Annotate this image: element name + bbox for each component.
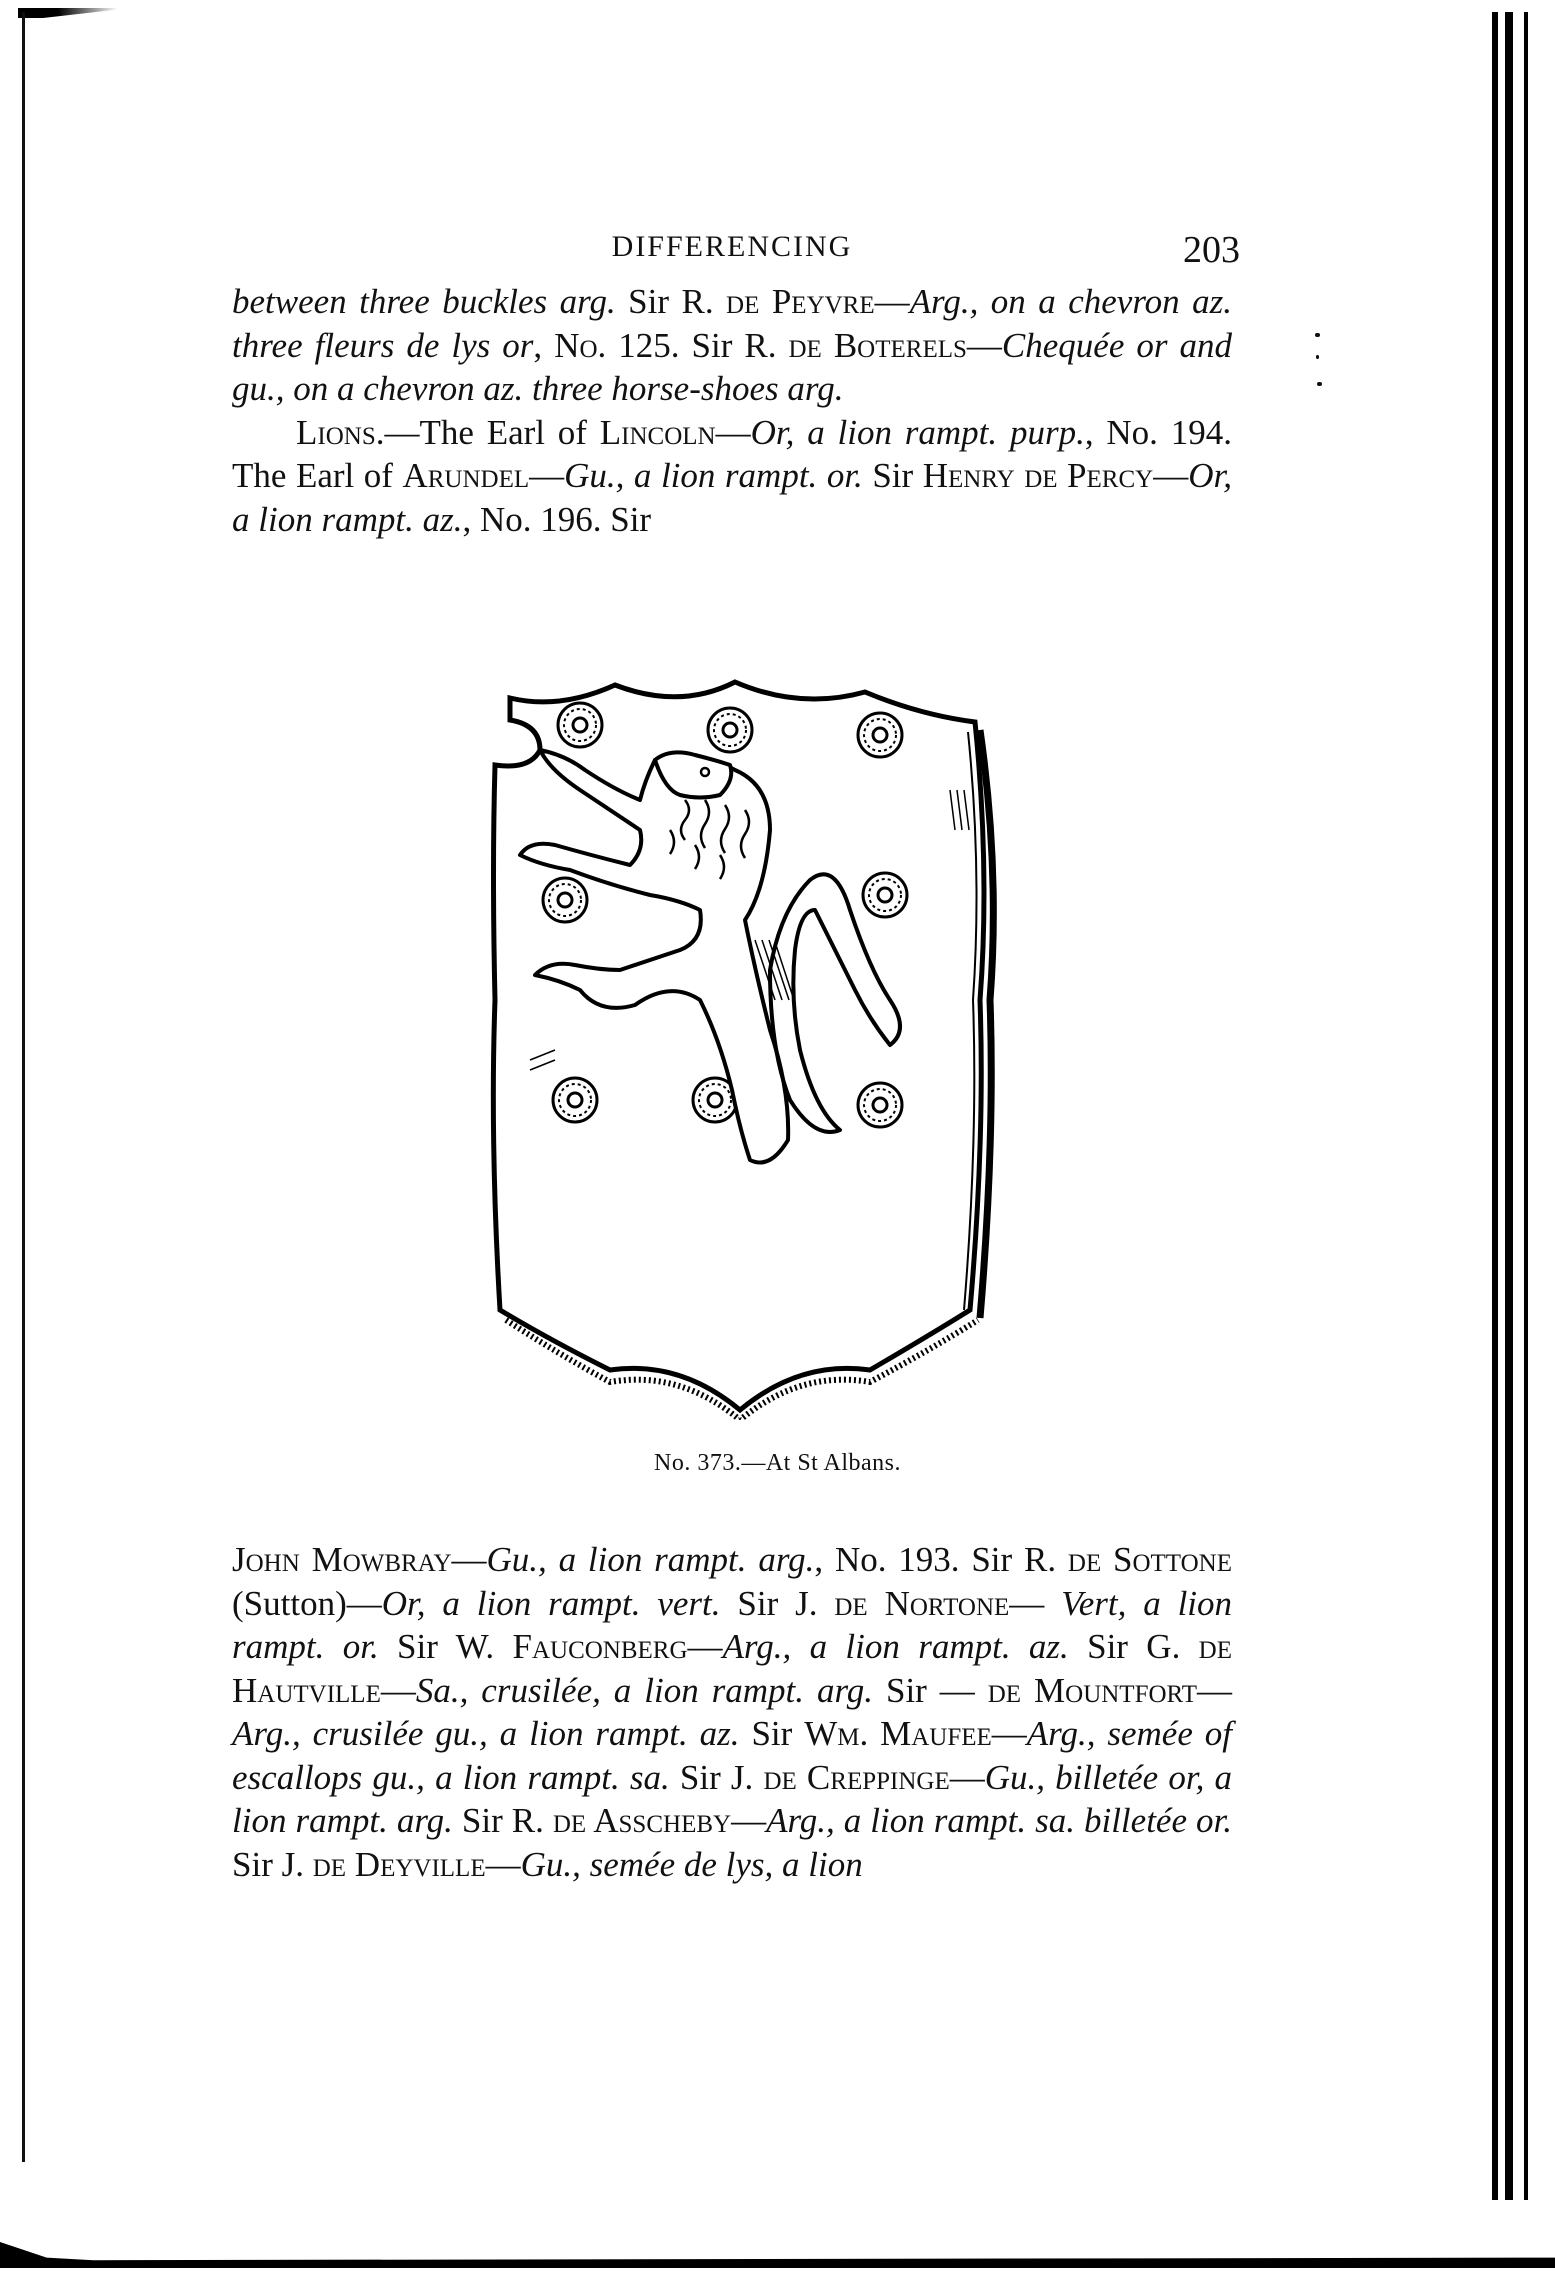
paragraph-continued-top: between three buckles arg. Sir R. de Pey… xyxy=(232,280,1232,411)
blazon-text: Or, a lion rampt. purp. xyxy=(751,413,1085,452)
figure-reference: No. 125 xyxy=(554,326,671,365)
scan-speck xyxy=(1317,382,1322,386)
text-upper: between three buckles arg. Sir R. de Pey… xyxy=(232,280,1232,541)
blazon-text: Gu., a lion rampt. arg. xyxy=(487,1540,815,1579)
scan-edge-top xyxy=(18,8,118,18)
text-run: — xyxy=(1153,456,1188,495)
text-run: — xyxy=(529,456,564,495)
text-run: , No. 193. Sir R. xyxy=(814,1540,1067,1579)
blazon-text: Arg., a lion rampt. sa. billetée or. xyxy=(766,1801,1232,1840)
book-spine-line xyxy=(1492,12,1498,2200)
text-run: Sir xyxy=(740,1714,805,1753)
knight-name: de Deyville xyxy=(313,1845,486,1884)
knight-name: de Sottone xyxy=(1068,1540,1232,1579)
text-run: — xyxy=(950,1758,985,1797)
knight-name: John Mowbray xyxy=(232,1540,452,1579)
text-run: — xyxy=(875,282,910,321)
text-run: Sir — xyxy=(873,1671,988,1710)
text-run: . Sir R. xyxy=(671,326,789,365)
book-spine-line xyxy=(1505,12,1513,2200)
paragraph-lions-continued: John Mowbray—Gu., a lion rampt. arg., No… xyxy=(232,1538,1232,1886)
text-run: Sir W. xyxy=(379,1627,513,1666)
text-run: — xyxy=(486,1845,521,1884)
scan-edge-bottom xyxy=(0,2242,1555,2268)
blazon-text: Or, a lion rampt. vert. xyxy=(382,1584,721,1623)
text-run: — xyxy=(731,1801,766,1840)
knight-name: de Nortone xyxy=(834,1584,1009,1623)
text-run: — xyxy=(688,1627,723,1666)
knight-name: Arundel xyxy=(402,456,529,495)
text-run: Sir xyxy=(863,456,923,495)
text-run: , No. 196. Sir xyxy=(462,500,651,539)
text-run: Sir J. xyxy=(721,1584,835,1623)
text-run: Sir G. xyxy=(1069,1627,1199,1666)
blazon-text: Arg., a lion rampt. az. xyxy=(723,1627,1069,1666)
knight-name: de Creppinge xyxy=(763,1758,949,1797)
text-run: — xyxy=(1009,1584,1061,1623)
text-run: — xyxy=(716,413,751,452)
knight-name: de Peyvre xyxy=(726,282,875,321)
blazon-text: Sa., crusilée, a lion rampt. arg. xyxy=(416,1671,873,1710)
blazon-text: between three buckles arg. xyxy=(232,282,616,321)
knight-name: Henry de Percy xyxy=(923,456,1153,495)
text-lower: John Mowbray—Gu., a lion rampt. arg., No… xyxy=(232,1538,1232,1886)
knight-name: de Asscheby xyxy=(553,1801,731,1840)
paragraph-lions: Lions.—The Earl of Lincoln—Or, a lion ra… xyxy=(232,411,1232,542)
knight-name: de Mountfort xyxy=(988,1671,1197,1710)
figure-caption: No. 373.—At St Albans. xyxy=(0,1450,1555,1477)
section-heading: Lions. xyxy=(296,413,384,452)
text-run: — xyxy=(992,1714,1027,1753)
text-run: Sir R. xyxy=(616,282,726,321)
heraldic-shield-figure xyxy=(470,670,1020,1420)
text-run: — xyxy=(967,326,1002,365)
knight-name: Wm. Maufee xyxy=(804,1714,992,1753)
blazon-text: Arg., crusilée gu., a lion rampt. az. xyxy=(232,1714,740,1753)
text-run: Sir R. xyxy=(453,1801,553,1840)
text-run: Sir J. xyxy=(670,1758,764,1797)
text-run: — xyxy=(452,1540,487,1579)
blazon-text: Gu., semée de lys, a lion xyxy=(521,1845,863,1884)
knight-name: de Boterels xyxy=(789,326,967,365)
text-run: —The Earl of xyxy=(384,413,599,452)
running-title: DIFFERENCING xyxy=(232,230,1232,264)
knight-name: Fauconberg xyxy=(513,1627,688,1666)
page-body: DIFFERENCING 203 between three buckles a… xyxy=(232,220,1232,541)
text-run: — xyxy=(1197,1671,1232,1710)
scan-speck xyxy=(1316,355,1319,359)
text-run: , xyxy=(533,326,554,365)
text-run: (Sutton)— xyxy=(232,1584,382,1623)
text-run: — xyxy=(381,1671,416,1710)
shield-lion-illustration xyxy=(470,670,1020,1420)
text-run: Sir J. xyxy=(232,1845,313,1884)
running-head: DIFFERENCING 203 xyxy=(232,220,1232,280)
scan-edge-left xyxy=(22,12,25,2162)
book-spine-line xyxy=(1524,12,1528,2200)
page-number: 203 xyxy=(1183,228,1240,272)
scan-speck xyxy=(1315,333,1320,337)
knight-name: Lincoln xyxy=(600,413,716,452)
blazon-text: Gu., a lion rampt. or. xyxy=(564,456,863,495)
